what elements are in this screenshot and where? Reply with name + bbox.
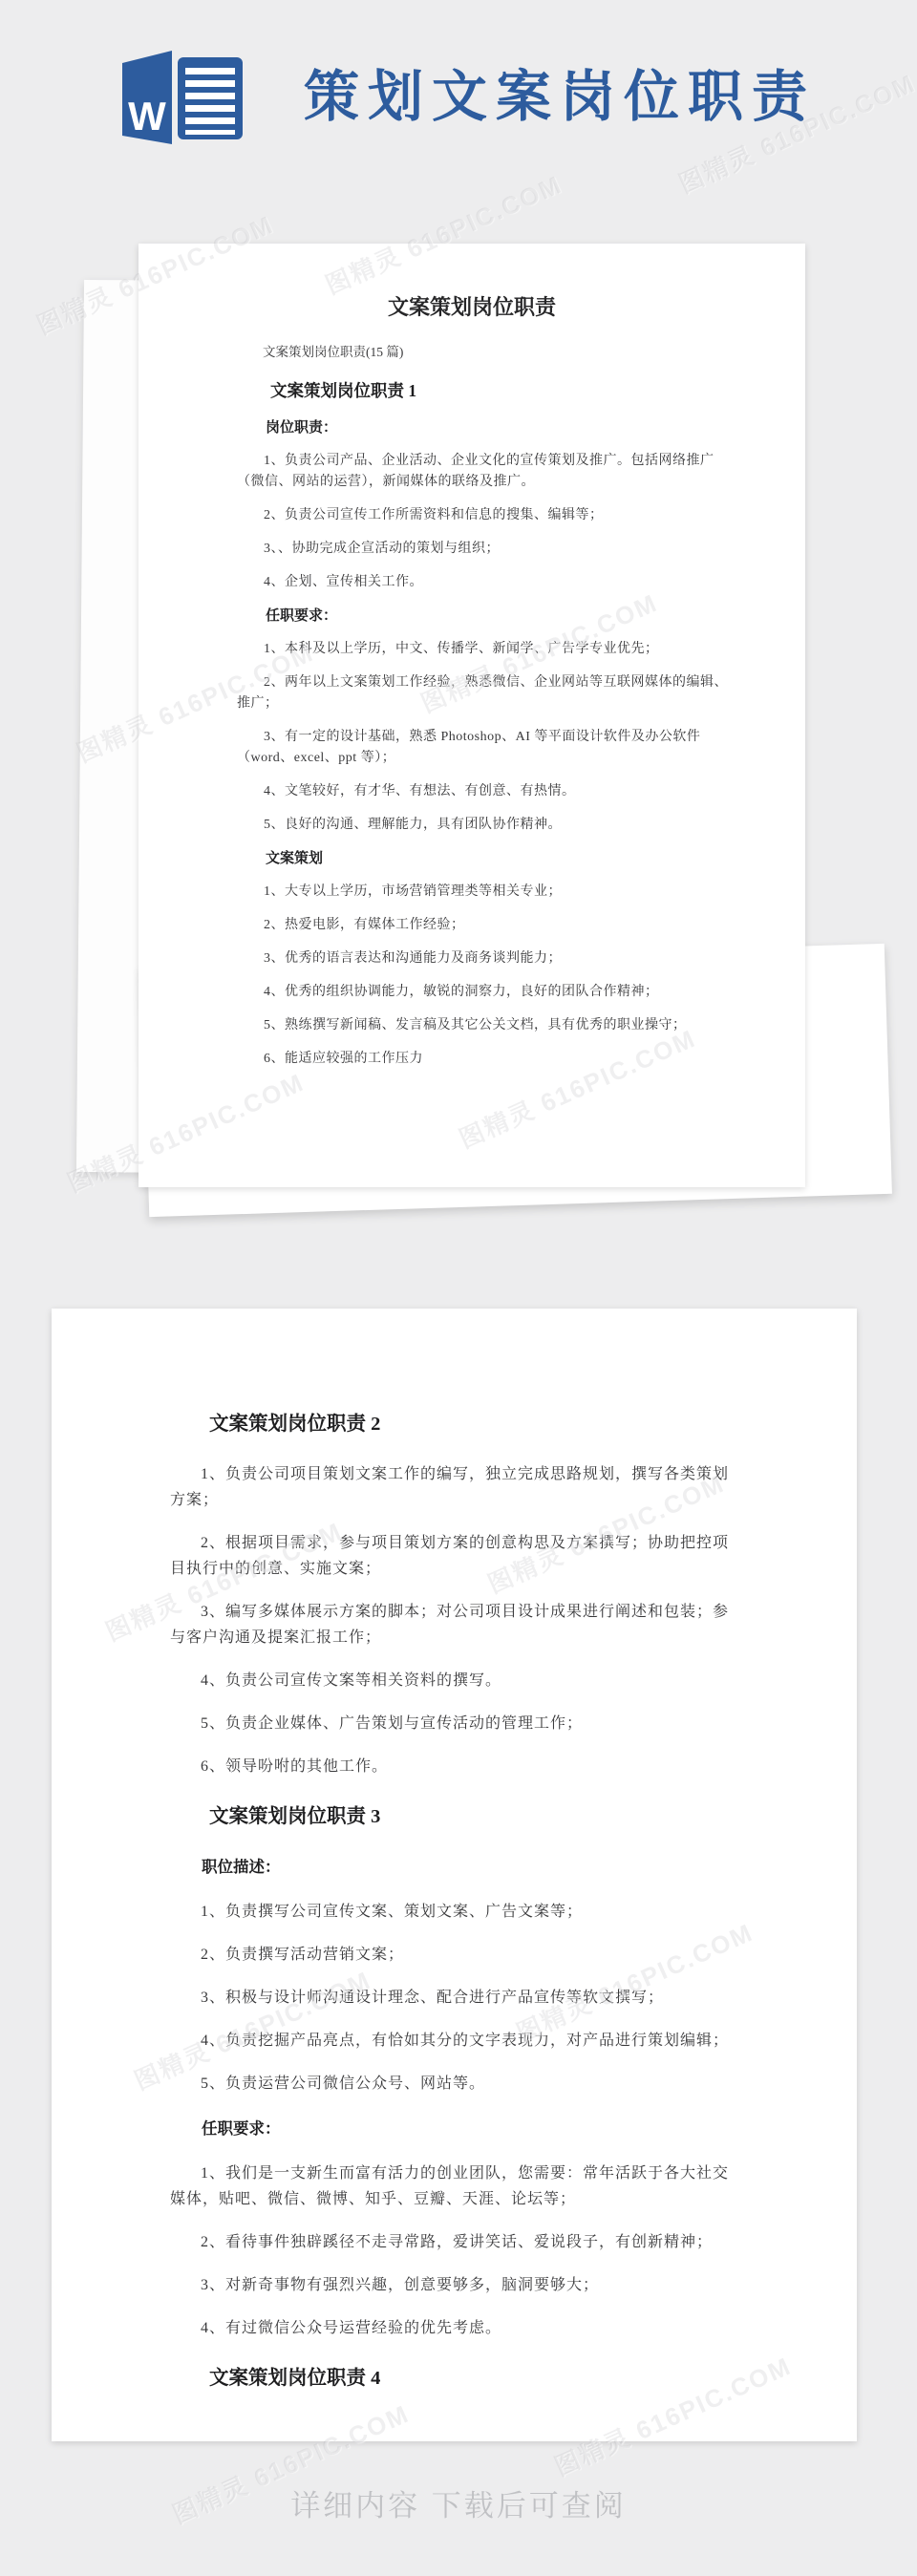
word-icon: W: [113, 48, 254, 147]
section-title-4: 文案策划岗位职责 4: [170, 2364, 742, 2393]
jd-item: 4、有过微信公众号运营经验的优先考虑。: [170, 2315, 742, 2341]
jd-item: 2、负责撰写活动营销文案；: [170, 1942, 742, 1968]
jd-item: 2、看待事件独辟蹊径不走寻常路，爱讲笑话、爱说段子，有创新精神；: [170, 2229, 742, 2255]
jd-item: 5、负责企业媒体、广告策划与宣传活动的管理工作；: [170, 1711, 742, 1736]
page-title: 策划文案岗位职责: [304, 70, 816, 125]
jd-item: 1、负责撰写公司宣传文案、策划文案、广告文案等；: [170, 1899, 742, 1925]
jd-item: 4、企划、宣传相关工作。: [237, 572, 734, 593]
document-page-2: 文案策划岗位职责 2 1、负责公司项目策划文案工作的编写，独立完成思路规划，撰写…: [52, 1309, 857, 2441]
jd-item: 3、、协助完成企宣活动的策划与组织；: [237, 539, 734, 560]
jd-item: 2、负责公司宣传工作所需资料和信息的搜集、编辑等；: [237, 505, 734, 526]
section-title-2: 文案策划岗位职责 2: [170, 1410, 742, 1438]
jd-item: 3、积极与设计师沟通设计理念、配合进行产品宣传等软文撰写；: [170, 1985, 742, 2011]
jd-item: 2、两年以上文案策划工作经验，熟悉微信、企业网站等互联网媒体的编辑、推广；: [237, 672, 734, 714]
site-header: W 策划文案岗位职责: [113, 40, 816, 155]
doc-title: 文案策划岗位职责: [139, 297, 805, 318]
jd-item: 5、负责运营公司微信公众号、网站等。: [170, 2071, 742, 2097]
jd-item: 3、编写多媒体展示方案的脚本；对公司项目设计成果进行阐述和包装；参与客户沟通及提…: [170, 1599, 742, 1650]
jd-item: 1、我们是一支新生而富有活力的创业团队，您需要：常年活跃于各大社交媒体，贴吧、微…: [170, 2161, 742, 2212]
section-title-3: 文案策划岗位职责 3: [170, 1802, 742, 1831]
subsection-heading: 职位描述：: [170, 1854, 742, 1880]
jd-item: 2、根据项目需求，参与项目策划方案的创意构思及方案撰写；协助把控项目执行中的创意…: [170, 1530, 742, 1582]
jd-item: 1、负责公司项目策划文案工作的编写，独立完成思路规划，撰写各类策划方案；: [170, 1461, 742, 1513]
jd-item: 6、能适应较强的工作压力: [237, 1049, 734, 1070]
subsection-heading: 岗位职责：: [237, 417, 734, 438]
subsection-heading: 文案策划: [237, 848, 734, 869]
subsection-heading: 任职要求：: [237, 606, 734, 627]
download-hint-text: 详细内容 下载后可查阅: [290, 2489, 627, 2523]
jd-item: 3、优秀的语言表达和沟通能力及商务谈判能力；: [237, 948, 734, 969]
doc-preview-screen: { "header": { "title": "策划文案岗位职责", "acce…: [0, 0, 917, 2576]
jd-item: 3、有一定的设计基础，熟悉 Photoshop、AI 等平面设计软件及办公软件（…: [237, 727, 734, 769]
jd-item: 1、大专以上学历，市场营销管理类等相关专业；: [237, 882, 734, 903]
jd-item: 5、熟练撰写新闻稿、发言稿及其它公关文档，具有优秀的职业操守；: [237, 1015, 734, 1036]
jd-item: 4、优秀的组织协调能力，敏锐的洞察力，良好的团队合作精神；: [237, 982, 734, 1003]
jd-item: 4、负责挖掘产品亮点，有恰如其分的文字表现力，对产品进行策划编辑；: [170, 2028, 742, 2054]
document-page-1: 文案策划岗位职责 文案策划岗位职责(15 篇) 文案策划岗位职责 1 岗位职责：…: [139, 244, 805, 1187]
jd-item: 4、文笔较好，有才华、有想法、有创意、有热情。: [237, 781, 734, 802]
jd-item: 4、负责公司宣传文案等相关资料的撰写。: [170, 1668, 742, 1693]
jd-item: 3、对新奇事物有强烈兴趣，创意要够多，脑洞要够大；: [170, 2272, 742, 2298]
doc-subtitle: 文案策划岗位职责(15 篇): [237, 343, 734, 362]
jd-item: 1、负责公司产品、企业活动、企业文化的宣传策划及推广。包括网络推广（微信、网站的…: [237, 451, 734, 493]
jd-item: 2、热爱电影，有媒体工作经验；: [237, 915, 734, 936]
jd-item: 1、本科及以上学历，中文、传播学、新闻学、广告学专业优先；: [237, 639, 734, 660]
section-title-1: 文案策划岗位职责 1: [237, 379, 734, 402]
subsection-heading: 任职要求：: [170, 2116, 742, 2141]
jd-item: 6、领导吩咐的其他工作。: [170, 1754, 742, 1779]
jd-item: 5、良好的沟通、理解能力，具有团队协作精神。: [237, 815, 734, 836]
svg-text:W: W: [128, 94, 166, 138]
preview-footer: 详细内容 下载后可查阅: [0, 2481, 917, 2524]
